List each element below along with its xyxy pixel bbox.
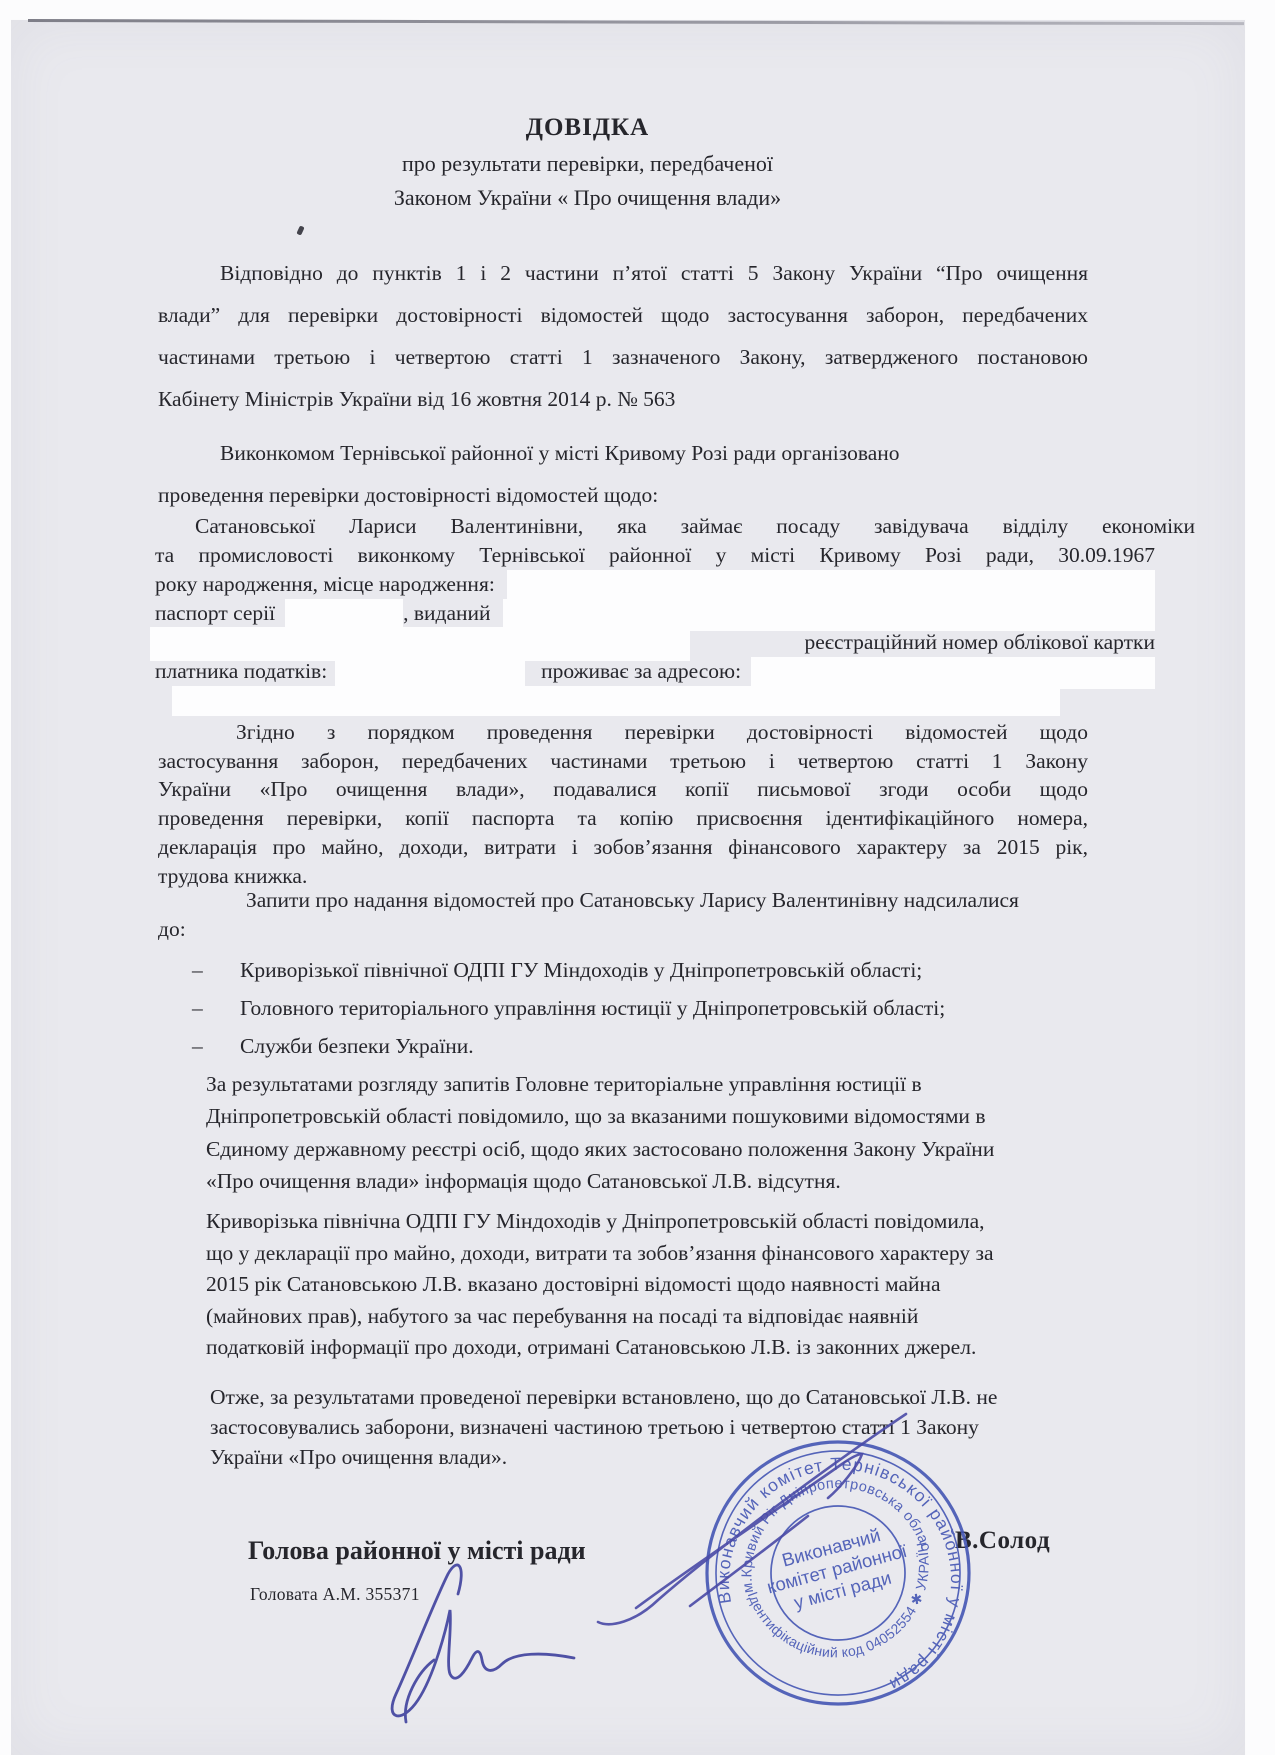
tax-number-label: реєстраційний номер облікової картки bbox=[690, 630, 1155, 655]
list-item-text: Криворізької північної ОДПІ ГУ Міндоході… bbox=[240, 958, 922, 982]
issued-by-label: , виданий bbox=[403, 601, 490, 626]
text-line: проведення перевірки, копії паспорта та … bbox=[158, 804, 1088, 833]
birth-place-label: року народження, місце народження: bbox=[155, 572, 495, 597]
list-dash: – bbox=[192, 1034, 240, 1059]
text-line: декларація про майно, доходи, витрати і … bbox=[158, 833, 1088, 862]
text-line: податковій інформації про доходи, отрима… bbox=[206, 1332, 1066, 1364]
text-line: проведення перевірки достовірності відом… bbox=[158, 474, 1088, 516]
document-subtitle-1: про результати перевірки, передбаченої bbox=[120, 151, 1055, 177]
subject-line-4: паспорт серії , виданий bbox=[155, 601, 1155, 630]
address-label: проживає за адресою: bbox=[541, 659, 741, 684]
text-line: до: bbox=[158, 915, 1088, 944]
list-item-text: Служби безпеки України. bbox=[240, 1034, 474, 1058]
redaction-box bbox=[172, 686, 1060, 716]
scanner-margin-left bbox=[0, 0, 11, 1755]
text-line: Дніпропетровській області повідомило, що… bbox=[206, 1100, 1066, 1132]
document-subtitle-2: Законом України « Про очищення влади» bbox=[120, 185, 1055, 211]
text-line: застосування заборон, передбачених части… bbox=[158, 747, 1088, 776]
text-line: Згідно з порядком проведення перевірки д… bbox=[158, 718, 1088, 747]
text-line: що у декларації про майно, доходи, витра… bbox=[206, 1238, 1066, 1270]
text-line: Виконкомом Тернівської районної у місті … bbox=[158, 432, 1088, 474]
signature-stroke bbox=[392, 1565, 574, 1716]
text-line: 2015 рік Сатановською Л.В. вказано досто… bbox=[206, 1269, 1066, 1301]
paragraph-requests-sent: Запити про надання відомостей про Сатано… bbox=[158, 886, 1088, 944]
list-item: –Головного територіального управління юс… bbox=[192, 996, 945, 1021]
text-line: частинами третьою і четвертою статті 1 з… bbox=[158, 336, 1088, 378]
handwritten-signature bbox=[362, 1552, 602, 1732]
redaction-box bbox=[507, 570, 1155, 602]
signature-strokes-over-stamp bbox=[540, 1370, 1100, 1730]
subject-line-6: платника податків: проживає за адресою: bbox=[155, 659, 1155, 688]
paragraph-legal-basis: Відповідно до пунктів 1 і 2 частини п’ят… bbox=[158, 252, 1088, 420]
subject-line-1: Сатановської Лариси Валентинівни, яка за… bbox=[155, 514, 1195, 543]
taxpayer-label: платника податків: bbox=[155, 659, 327, 684]
text-line: Запити про надання відомостей про Сатано… bbox=[158, 886, 1088, 915]
paragraph-justice-result: За результатами розгляду запитів Головне… bbox=[206, 1068, 1066, 1198]
subject-line-5: реєстраційний номер облікової картки bbox=[155, 630, 1155, 659]
signature-stroke bbox=[405, 1660, 434, 1722]
list-item: –Служби безпеки України. bbox=[192, 1034, 474, 1059]
signature-stroke bbox=[598, 1414, 906, 1624]
scanner-margin-right bbox=[1246, 0, 1275, 1755]
redaction-box bbox=[150, 627, 690, 661]
redaction-box bbox=[335, 657, 525, 689]
subject-line-2: та промисловості виконкому Тернівської р… bbox=[155, 543, 1155, 572]
passport-series-label: паспорт серії bbox=[155, 601, 275, 626]
text-line: України «Про очищення влади», подавалися… bbox=[158, 775, 1088, 804]
list-item-text: Головного територіального управління юст… bbox=[240, 996, 945, 1020]
text-line: Єдиному державному реєстрі осіб, щодо як… bbox=[206, 1133, 1066, 1165]
redaction-box bbox=[751, 657, 1155, 689]
paragraph-procedure: Згідно з порядком проведення перевірки д… bbox=[158, 718, 1088, 890]
subject-name-position: Сатановської Лариси Валентинівни, яка за… bbox=[195, 514, 1195, 539]
text-line: Криворізька північна ОДПІ ГУ Міндоходів … bbox=[206, 1206, 1066, 1238]
scanned-document-page: { "title": { "main": "ДОВІДКА", "sub1": … bbox=[0, 0, 1275, 1755]
list-item: –Криворізької північної ОДПІ ГУ Міндоход… bbox=[192, 958, 922, 983]
text-line: За результатами розгляду запитів Головне… bbox=[206, 1068, 1066, 1100]
text-line: (майнових прав), набутого за час перебув… bbox=[206, 1301, 1066, 1333]
list-dash: – bbox=[192, 996, 240, 1021]
paragraph-tax-result: Криворізька північна ОДПІ ГУ Міндоходів … bbox=[206, 1206, 1066, 1364]
subject-position-continued: та промисловості виконкому Тернівської р… bbox=[155, 543, 1155, 568]
signature-stroke bbox=[636, 1454, 862, 1608]
text-line: Кабінету Міністрів України від 16 жовтня… bbox=[158, 378, 1088, 420]
text-line: влади” для перевірки достовірності відом… bbox=[158, 294, 1088, 336]
paragraph-organized-by: Виконкомом Тернівської районної у місті … bbox=[158, 432, 1088, 516]
subject-line-3: року народження, місце народження: bbox=[155, 572, 1155, 601]
text-line: Відповідно до пунктів 1 і 2 частини п’ят… bbox=[158, 252, 1088, 294]
text-line: «Про очищення влади» інформація щодо Сат… bbox=[206, 1165, 1066, 1197]
list-dash: – bbox=[192, 958, 240, 983]
document-title: ДОВІДКА bbox=[120, 114, 1055, 142]
scanner-margin-top bbox=[0, 0, 1275, 19]
